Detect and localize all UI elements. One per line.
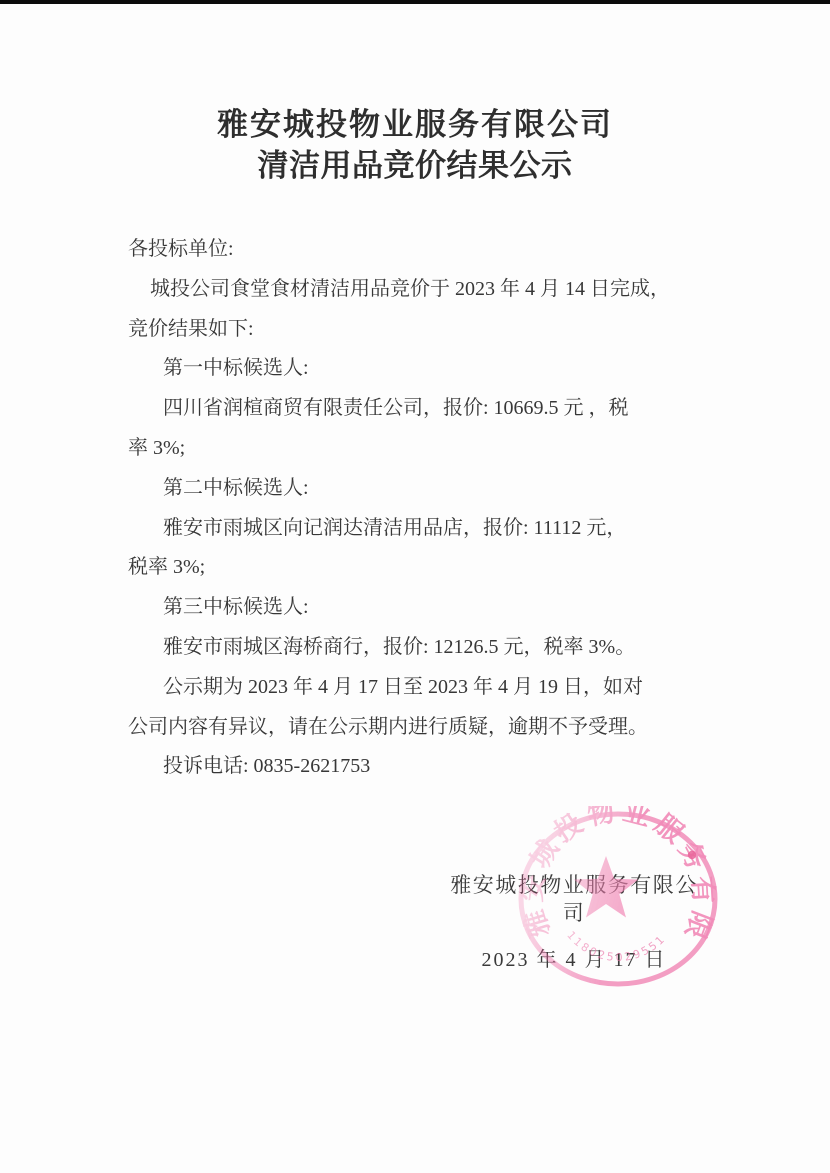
seal-arc-text: 雅安城投物业服务有限公司 [512,806,719,948]
document-title: 雅安城投物业服务有限公司 清洁用品竞价结果公示 [0,104,830,186]
company-seal-stamp: 雅安城投物业服务有限公司 118025029551 [512,806,724,991]
body-line: 雅安市雨城区向记润达清洁用品店，报价: 11112 元， [128,509,728,549]
document-title-line2: 清洁用品竞价结果公示 [0,145,830,186]
svg-text:118025029551: 118025029551 [564,929,668,964]
body-line: 税率 3%; [128,548,728,588]
body-line: 第二中标候选人: [128,469,728,509]
scanned-document-page: 雅安城投物业服务有限公司 清洁用品竞价结果公示 各投标单位:城投公司食堂食材清洁… [0,0,830,1173]
body-line: 城投公司食堂食材清洁用品竞价于 2023 年 4 月 14 日完成， [128,270,728,310]
body-line: 投诉电话: 0835-2621753 [128,747,728,787]
scan-edge-artifact [0,0,830,4]
seal-serial-number: 118025029551 [564,929,668,964]
body-line: 第三中标候选人: [128,588,728,628]
body-line: 第一中标候选人: [128,349,728,389]
body-line: 公司内容有异议，请在公示期内进行质疑，逾期不予受理。 [128,708,728,748]
document-body: 各投标单位:城投公司食堂食材清洁用品竞价于 2023 年 4 月 14 日完成，… [128,230,728,787]
body-line: 各投标单位: [128,230,728,270]
document-title-line1: 雅安城投物业服务有限公司 [0,104,830,145]
body-line: 率 3%; [128,429,728,469]
body-line: 公示期为 2023 年 4 月 17 日至 2023 年 4 月 19 日，如对 [128,668,728,708]
body-line: 四川省润楦商贸有限责任公司，报价: 10669.5 元 ，税 [128,389,728,429]
svg-text:雅安城投物业服务有限公司: 雅安城投物业服务有限公司 [512,806,719,948]
seal-star-icon [574,856,639,918]
seal-ink-dot [688,851,696,859]
body-line: 竞价结果如下: [128,310,728,350]
body-line: 雅安市雨城区海桥商行，报价: 12126.5 元，税率 3%。 [128,628,728,668]
